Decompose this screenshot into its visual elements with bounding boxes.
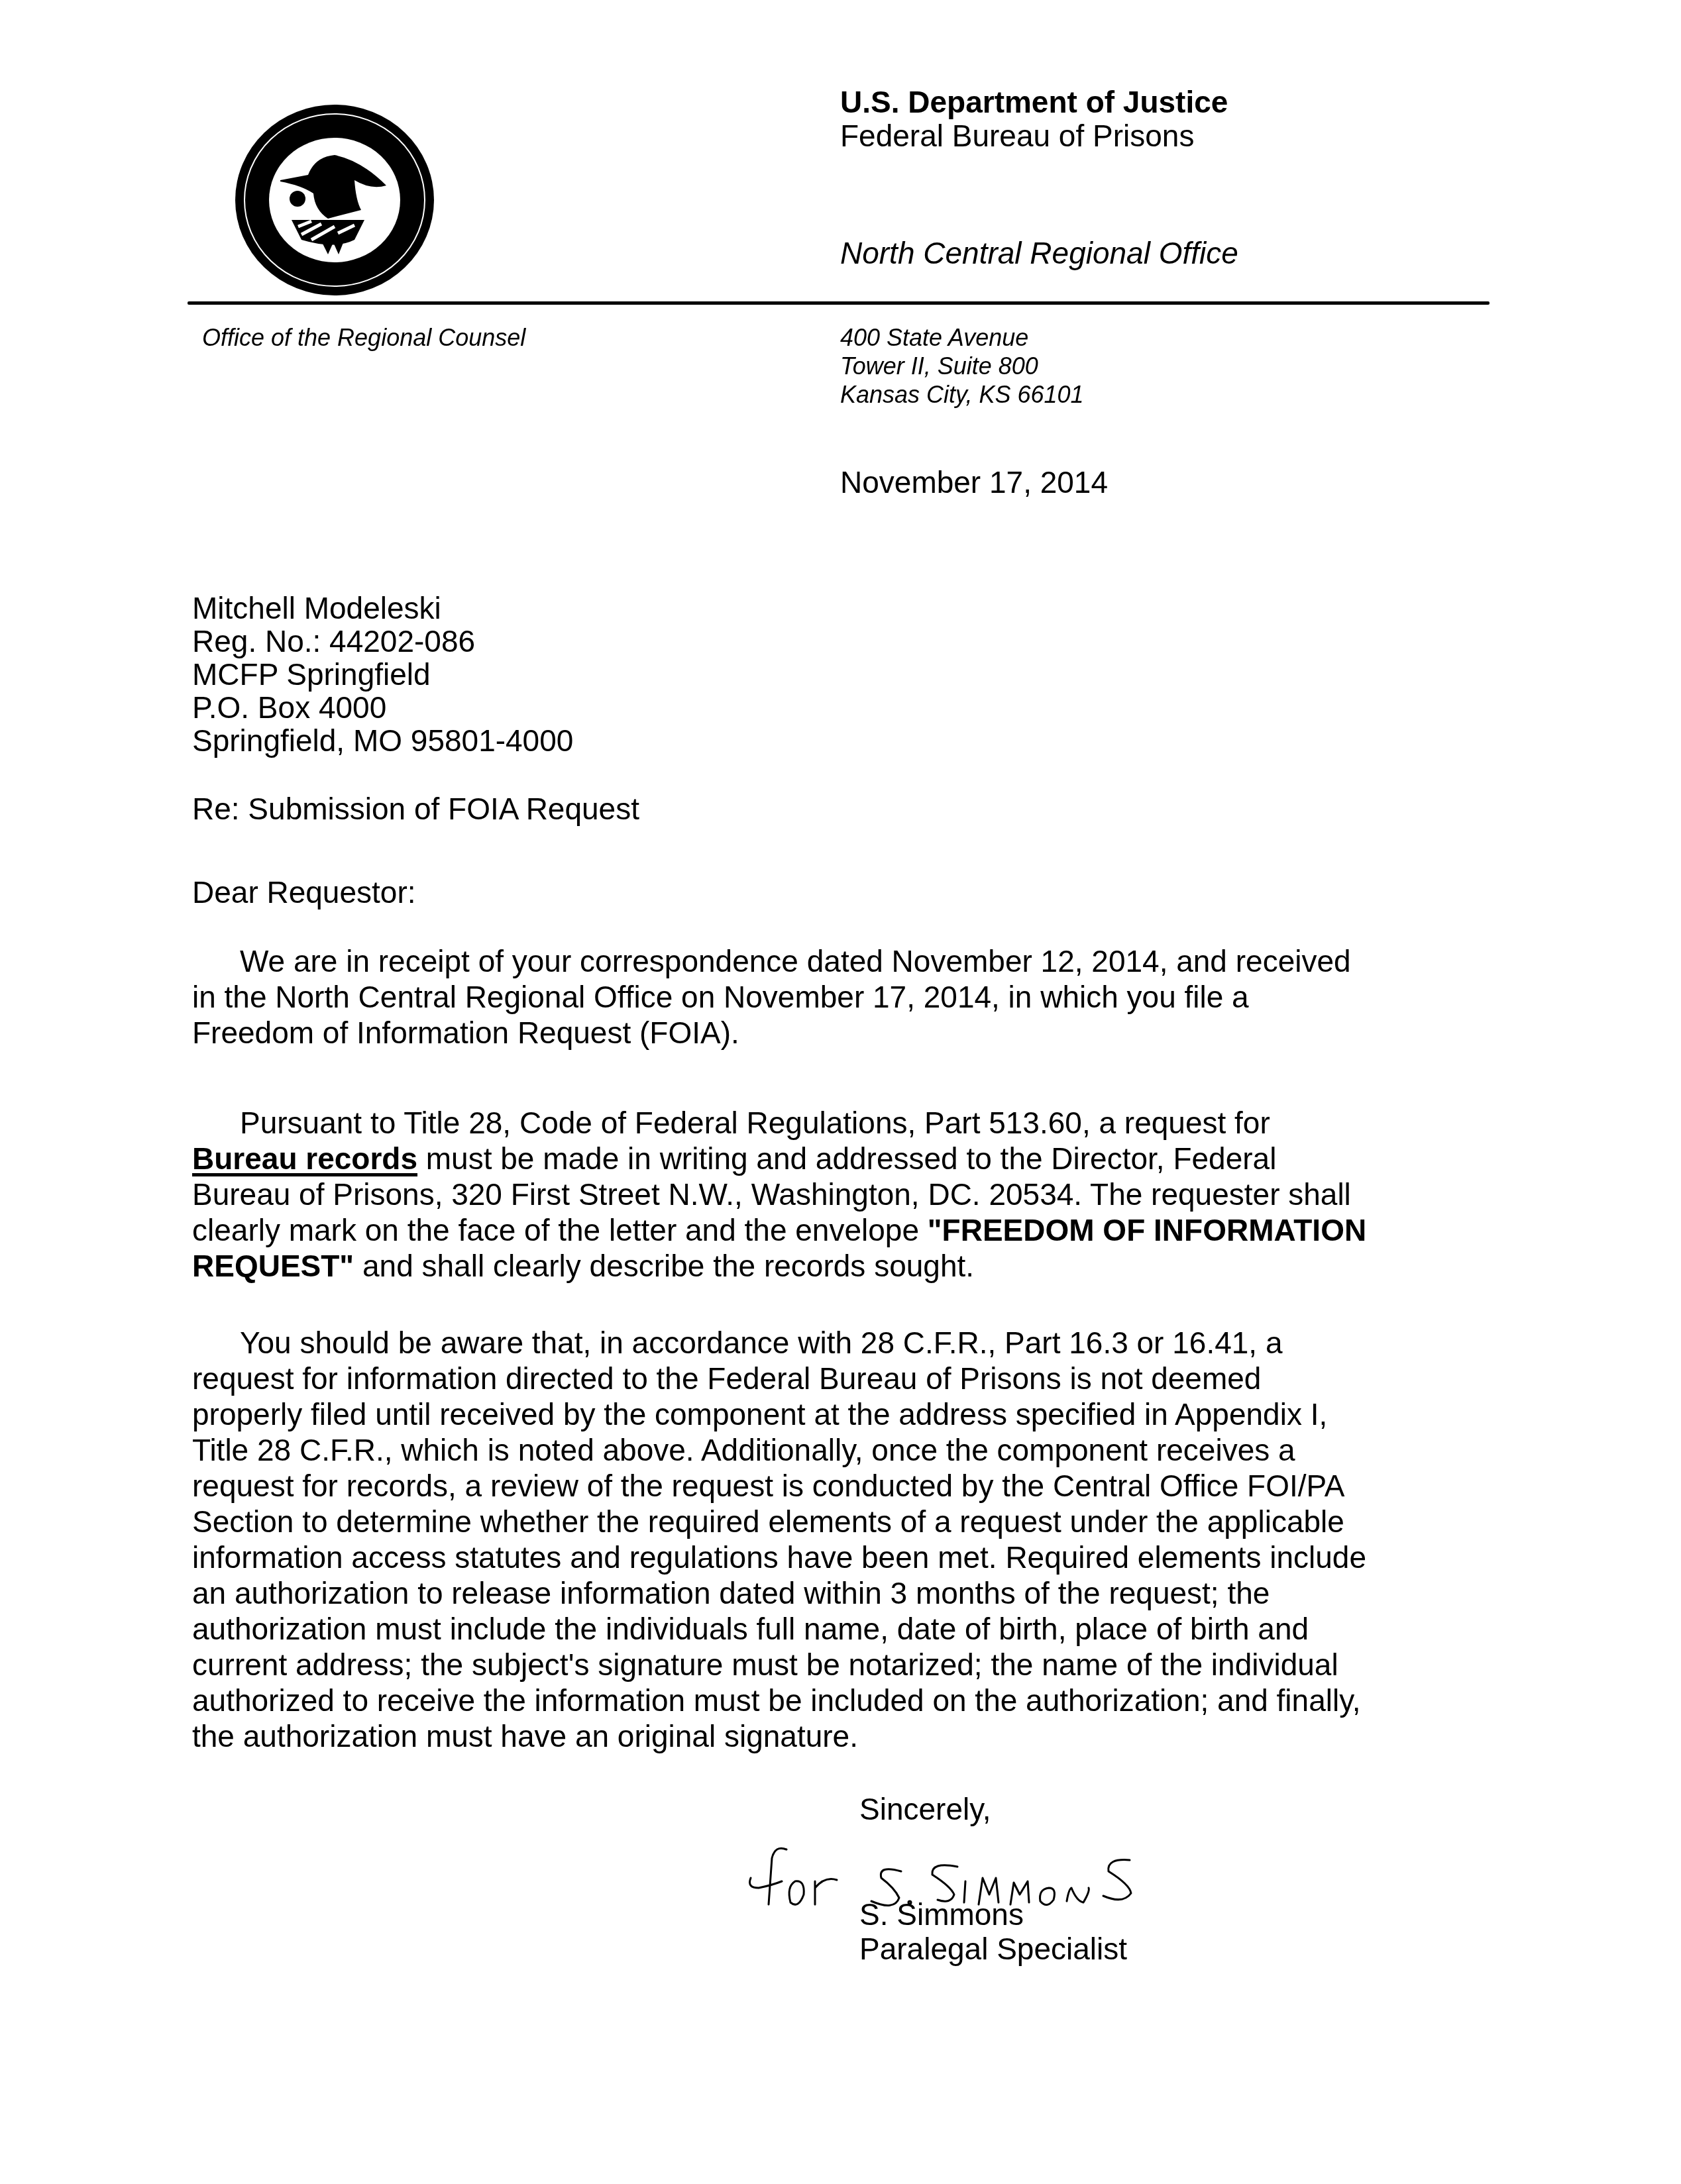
emphasis-text: "FREEDOM OF INFORMATION [928,1213,1366,1247]
paragraph-line: Title 28 C.F.R., which is noted above. A… [192,1432,1491,1468]
paragraph-text: and shall clearly describe the records s… [354,1249,974,1283]
paragraph-line: properly filed until received by the com… [192,1396,1491,1432]
recipient-address: Mitchell Modeleski Reg. No.: 44202-086 M… [192,592,573,757]
signer-name: S. Simmons [859,1898,1024,1931]
address-line: Tower II, Suite 800 [840,352,1084,380]
paragraph-line: Freedom of Information Request (FOIA). [192,1015,1491,1051]
letterhead-rule [188,301,1490,305]
paragraph-line: authorized to receive the information mu… [192,1683,1491,1718]
emphasis-text: REQUEST" [192,1249,354,1283]
paragraph-line: Bureau records must be made in writing a… [192,1141,1491,1176]
paragraph-line: Section to determine whether the require… [192,1504,1491,1539]
regional-office-name: North Central Regional Office [840,235,1238,271]
paragraph-filing-requirements: You should be aware that, in accordance … [192,1325,1491,1754]
paragraph-text: clearly mark on the face of the letter a… [192,1213,928,1247]
signer-title: Paralegal Specialist [859,1932,1127,1965]
valediction: Sincerely, [859,1793,991,1826]
paragraph-line: Pursuant to Title 28, Code of Federal Re… [192,1105,1491,1141]
paragraph-line: the authorization must have an original … [192,1718,1491,1754]
recipient-line: Springfield, MO 95801-4000 [192,724,573,757]
recipient-line: MCFP Springfield [192,658,573,691]
paragraph-line: clearly mark on the face of the letter a… [192,1212,1491,1248]
address-line: Kansas City, KS 66101 [840,380,1084,409]
paragraph-line: Bureau of Prisons, 320 First Street N.W.… [192,1176,1491,1212]
address-line: 400 State Avenue [840,323,1084,352]
paragraph-text: must be made in writing and addressed to… [417,1141,1276,1176]
paragraph-line: You should be aware that, in accordance … [192,1325,1491,1361]
office-address: 400 State Avenue Tower II, Suite 800 Kan… [840,323,1084,409]
agency-name: U.S. Department of Justice [840,84,1228,120]
paragraph-line: current address; the subject's signature… [192,1647,1491,1683]
paragraph-line: REQUEST" and shall clearly describe the … [192,1248,1491,1284]
paragraph-line: an authorization to release information … [192,1575,1491,1611]
recipient-line: P.O. Box 4000 [192,691,573,724]
paragraph-line: request for records, a review of the req… [192,1468,1491,1504]
recipient-line: Mitchell Modeleski [192,592,573,625]
bureau-name: Federal Bureau of Prisons [840,118,1194,154]
paragraph-line: We are in receipt of your correspondence… [192,943,1491,979]
doj-seal-icon [229,101,441,299]
recipient-line: Reg. No.: 44202-086 [192,625,573,658]
letter-date: November 17, 2014 [840,466,1108,499]
paragraph-line: in the North Central Regional Office on … [192,979,1491,1015]
subject-line: Re: Submission of FOIA Request [192,792,639,825]
bureau-records-link[interactable]: Bureau records [192,1141,417,1176]
paragraph-receipt: We are in receipt of your correspondence… [192,943,1491,1051]
salutation: Dear Requestor: [192,876,416,909]
paragraph-regulations: Pursuant to Title 28, Code of Federal Re… [192,1105,1491,1284]
paragraph-line: information access statutes and regulati… [192,1539,1491,1575]
paragraph-line: authorization must include the individua… [192,1611,1491,1647]
office-name: Office of the Regional Counsel [202,323,525,352]
paragraph-line: request for information directed to the … [192,1361,1491,1396]
